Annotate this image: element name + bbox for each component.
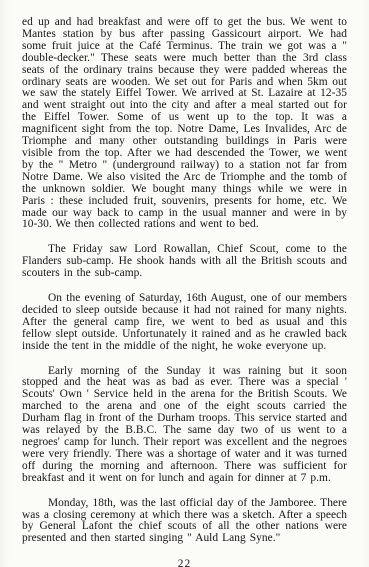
paragraph-friday-chief-scout: The Friday saw Lord Rowallan, Chief Scou… (22, 244, 347, 280)
paragraph-continuation: ed up and had breakfast and were off to … (22, 17, 347, 231)
paragraph-saturday-sleep-outside: On the evening of Saturday, 16th August,… (22, 293, 347, 353)
book-page: ed up and had breakfast and were off to … (0, 0, 369, 567)
page-number: 22 (22, 558, 347, 567)
paragraph-monday-closing: Monday, 18th, was the last official day … (22, 498, 347, 546)
paragraph-sunday-service: Early morning of the Sunday it was raini… (22, 366, 347, 485)
